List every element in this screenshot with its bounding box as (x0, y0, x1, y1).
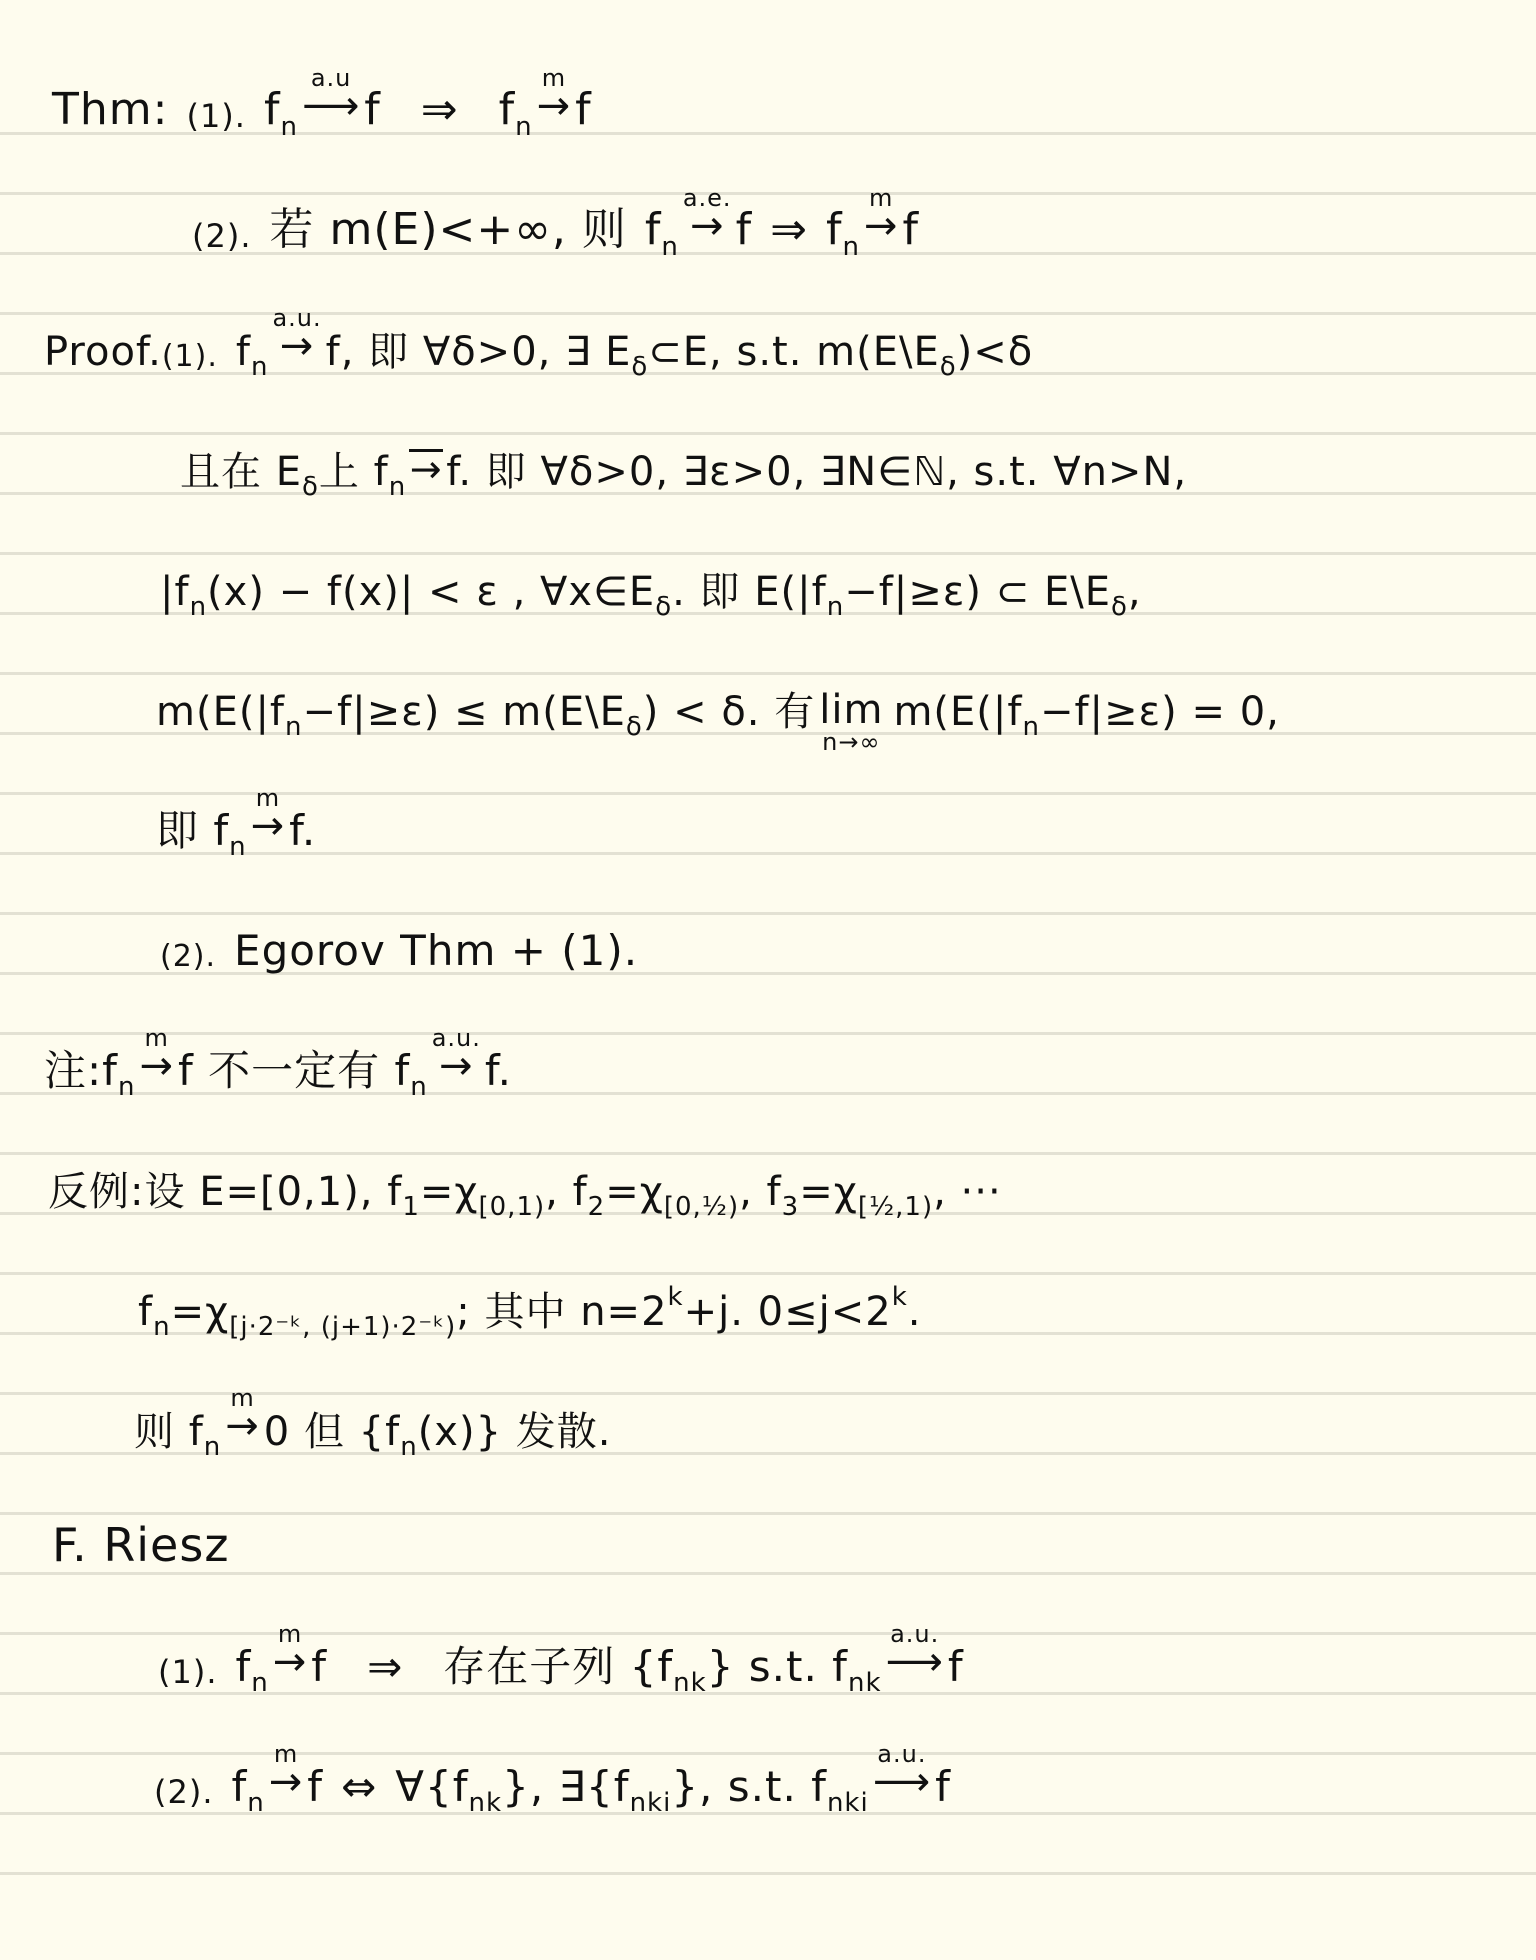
rule-line (0, 972, 1536, 975)
counterexample-line1: 反例: 设 E=[0,1), f1=χ[0,1), f2=χ[0,½), f3=… (48, 1152, 1002, 1212)
riesz-part2-line: (2). fn m→ f ⇔ ∀{fnk}, ∃{fnki}, s.t. fnk… (154, 1748, 951, 1808)
counterexample-label: 反例: (48, 1172, 144, 1212)
proof-part1-line4: m(E(|fn−f|≥ε) ≤ m(E\Eδ) < δ. 有 limn→∞ m(… (156, 672, 1280, 732)
measure-convergence-arrow-icon: m→ (269, 1742, 304, 1798)
uniform-convergence-arrow-icon: → (409, 449, 443, 484)
measure-convergence-arrow-icon: m→ (139, 1026, 174, 1082)
proof-label: Proof. (44, 332, 162, 372)
theorem-part1-line: Thm: (1). fn a.u⟶ f ⇒ fn m→ f (52, 72, 592, 132)
limit-operator: limn→∞ (819, 690, 883, 754)
proof-part1-line2: 且在 Eδ 上 fn → f. 即 ∀δ>0, ∃ε>0, ∃N∈ℕ, s.t.… (180, 432, 1187, 492)
implies-icon: ⇒ (367, 1646, 403, 1688)
measure-convergence-arrow-icon: m→ (273, 1622, 308, 1678)
almost-uniform-arrow-icon: a.u.⟶ (873, 1742, 931, 1798)
almost-uniform-arrow-icon: a.u⟶ (302, 66, 360, 122)
proof-part1-line3: |fn(x) − f(x)| < ε , ∀x∈Eδ. 即 E(|fn−f|≥ε… (160, 552, 1142, 612)
rule-line (0, 1572, 1536, 1575)
rule-line (0, 1692, 1536, 1695)
rule-line (0, 1872, 1536, 1875)
note-label: 注: (44, 1050, 102, 1092)
riesz-title: F. Riesz (52, 1508, 229, 1568)
theorem-part2-line: (2). 若 m(E)<+∞, 则 fn a.e.→ f ⇒ fn m→ f (192, 192, 919, 252)
note-line: 注: fn m→ f 不一定有 fn a.u.→ f. (44, 1032, 512, 1092)
rule-line (0, 1512, 1536, 1515)
theorem-label: Thm: (52, 88, 168, 132)
almost-everywhere-arrow-icon: a.e.→ (683, 186, 732, 242)
almost-uniform-arrow-icon: a.u.→ (432, 1026, 481, 1082)
measure-convergence-arrow-icon: m→ (537, 66, 572, 122)
almost-uniform-arrow-icon: a.u.⟶ (886, 1622, 944, 1678)
rule-line (0, 1452, 1536, 1455)
proof-part1-line5: 即 fn m→ f. (156, 792, 316, 852)
implies-icon: ⇒ (770, 208, 808, 252)
measure-convergence-arrow-icon: m→ (864, 186, 899, 242)
proof-part2-line: (2). Egorov Thm + (1). (160, 912, 638, 972)
theorem-part2-number: (2). (192, 220, 252, 252)
proof-part1-line1: Proof. (1). fn a.u.→ f, 即 ∀δ>0, ∃ Eδ⊂E, … (44, 312, 1033, 372)
counterexample-line3: 则 fn m→ 0 但 {fn(x)} 发散. (134, 1392, 611, 1452)
counterexample-line2: fn=χ[j·2⁻ᵏ, (j+1)·2⁻ᵏ) ; 其中 n=2k+j. 0≤j<… (138, 1272, 921, 1332)
theorem-part2-condition: 若 m(E)<+∞, 则 (270, 208, 627, 252)
iff-icon: ⇔ (341, 1766, 377, 1808)
theorem-part1-number: (1). (186, 100, 246, 132)
implies-icon: ⇒ (421, 88, 459, 132)
measure-convergence-arrow-icon: m→ (251, 786, 286, 842)
rule-line (0, 1812, 1536, 1815)
measure-convergence-arrow-icon: m→ (225, 1386, 260, 1442)
riesz-part1-line: (1). fn m→ f ⇒ 存在子列 {fnk} s.t. fnk a.u.⟶… (158, 1628, 964, 1688)
almost-uniform-arrow-icon: a.u.→ (272, 306, 321, 362)
